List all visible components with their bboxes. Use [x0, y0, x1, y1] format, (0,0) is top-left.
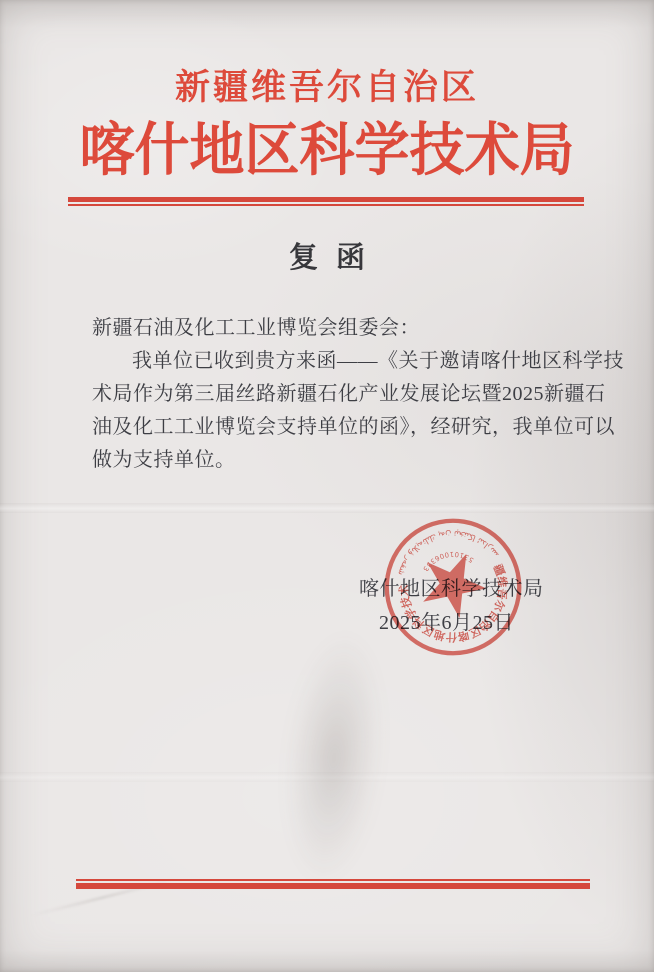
document-title: 复函	[0, 240, 654, 276]
body-line-4: 做为支持单位。	[92, 444, 578, 477]
letter-body: 新疆石油及化工工业博览会组委会： 我单位已收到贵方来函——《关于邀请喀什地区科学…	[92, 312, 578, 477]
letterhead-double-rule	[68, 197, 584, 206]
body-line-2: 术局作为第三届丝路新疆石化产业发展论坛暨2025新疆石	[92, 378, 578, 411]
body-line-3: 油及化工工业博览会支持单位的函》，经研究，我单位可以	[92, 411, 578, 444]
footer-double-rule	[76, 879, 590, 889]
body-line-1: 我单位已收到贵方来函——《关于邀请喀什地区科学技	[92, 345, 578, 378]
scanned-letter-page: 新疆维吾尔自治区 喀什地区科学技术局 复函 新疆石油及化工工业博览会组委会： 我…	[0, 0, 654, 972]
official-seal-stamp: 新疆维吾尔自治区喀什地区科学技术局 6531010063337 قەشقەر ۋ…	[368, 502, 539, 673]
paper-fold-shadow	[273, 628, 395, 889]
letterhead-region-line: 新疆维吾尔自治区	[0, 68, 654, 108]
paper-crease-middle	[0, 503, 654, 513]
letterhead-bureau-line: 喀什地区科学技术局	[0, 115, 654, 188]
salutation-line: 新疆石油及化工工业博览会组委会：	[92, 312, 578, 345]
paper-crease-lower	[0, 772, 654, 782]
